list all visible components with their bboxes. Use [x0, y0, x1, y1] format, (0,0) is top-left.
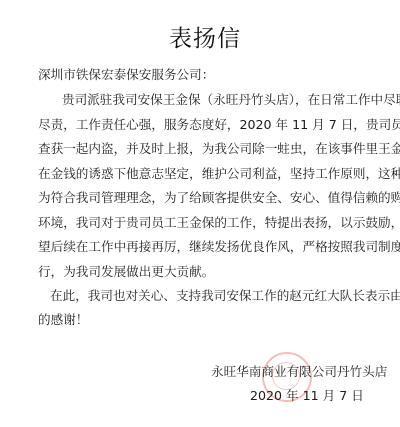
salutation: 深圳市铁保宏泰保安服务公司：: [38, 64, 214, 83]
body-line: 查获一起内盗，并及时上报，为我公司除一蛀虫，在该事件里王金保: [38, 138, 400, 157]
body-line: 为符合我司管理理念，为了给顾客提供安全、安心、值得信赖的购物: [38, 187, 400, 206]
letter-title: 表扬信: [0, 20, 400, 53]
body-line: 的感谢！: [38, 309, 88, 328]
body-line: 望后续在工作中再接再厉，继续发扬优良作风，严格按照我司制度执: [38, 236, 400, 255]
signature-company: 永旺华南商业有限公司丹竹头店: [211, 361, 387, 380]
body-line: 在此，我司也对关心、支持我司安保工作的赵元红大队长表示由衷: [50, 285, 400, 304]
signature-date: 2020 年 11 月 7 日: [250, 385, 364, 404]
body-line: 在金钱的诱惑下他意志坚定，维护公司利益，坚持工作原则，这种行: [38, 163, 400, 182]
body-line: 行，为我司发展做出更大贡献。: [38, 261, 214, 280]
body-line: 尽责，工作责任心强，服务态度好，2020 年 11 月 7 日，贵司员工: [38, 114, 400, 133]
body-line: 贵司派驻我司安保王金保（永旺丹竹头店），在日常工作中尽职: [62, 89, 400, 108]
body-line: 环境，我司对于贵司员工王金保的工作，特提出表扬，以示鼓励，希: [38, 212, 400, 231]
